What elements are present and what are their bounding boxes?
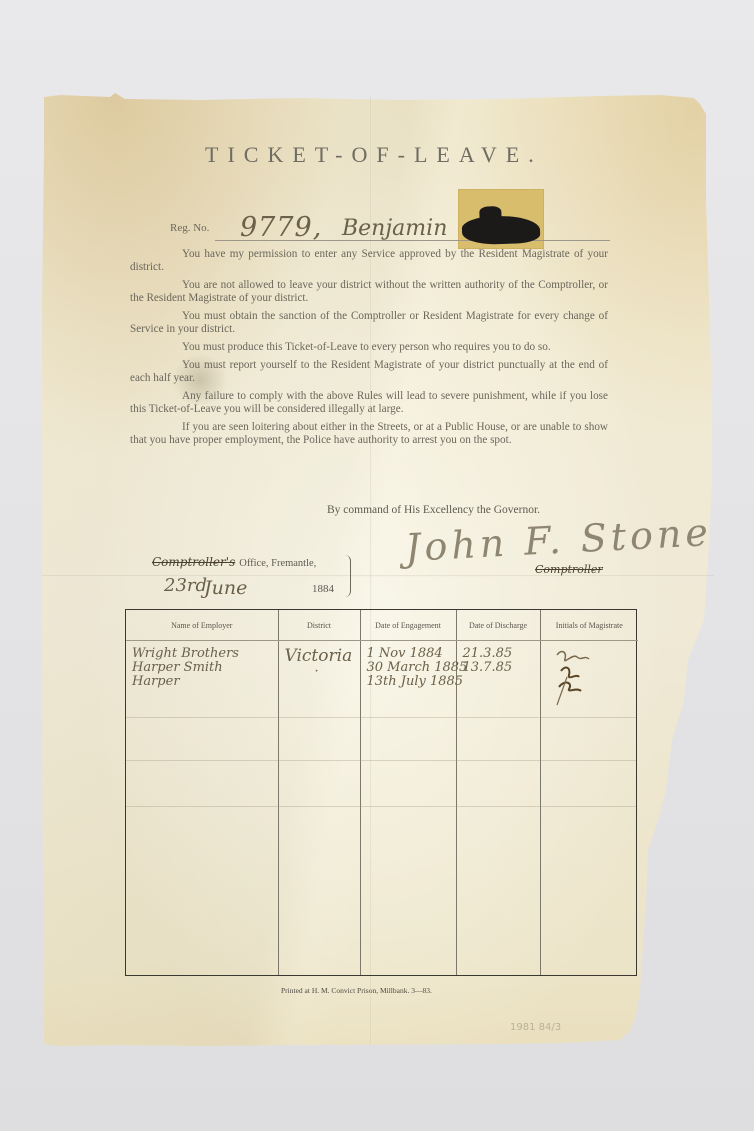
issue-date-day: 23rd [164, 575, 207, 596]
employment-table: Name of Employer District Date of Engage… [125, 609, 637, 976]
rules-list: You have my permission to enter any Serv… [130, 248, 608, 452]
engagement-date-cell: 1 Nov 1884 30 March 1885 13th July 1885 [360, 641, 456, 976]
table-row: Wright Brothers Harper Smith Harper Vict… [126, 641, 638, 976]
date-brace [344, 555, 351, 597]
issue-date-month: June [204, 577, 247, 599]
rule-item: You are not allowed to leave your distri… [130, 279, 608, 305]
rule-item: Any failure to comply with the above Rul… [130, 390, 608, 416]
office-date-block: Comptroller's Office, Fremantle, 23rd Ju… [152, 553, 352, 603]
rule-item: You must report yourself to the Resident… [130, 359, 608, 385]
registration-label: Reg. No. [170, 222, 209, 234]
struck-office-word: Comptroller's [152, 555, 235, 569]
governor-command-line: By command of His Excellency the Governo… [327, 504, 540, 516]
convict-first-name: Benjamin [342, 216, 447, 241]
header-district: District [278, 610, 360, 641]
discharge-date-cell: 21.3.85 13.7.85 [456, 641, 540, 976]
registration-row: Reg. No. 9779, Benjamin [170, 210, 610, 250]
header-engagement-date: Date of Engagement [360, 610, 456, 641]
faint-table-rule [126, 717, 636, 718]
magistrate-initials-cell [540, 641, 638, 976]
struck-signature-title: Comptroller [535, 563, 603, 576]
header-magistrate-initials: Initials of Magistrate [540, 610, 638, 641]
table-header-row: Name of Employer District Date of Engage… [126, 610, 638, 641]
redacted-surname-ink [462, 215, 541, 246]
rule-item: You must obtain the sanction of the Comp… [130, 310, 608, 336]
issue-date-year: 1884 [312, 583, 334, 595]
district-cell: Victoria · [278, 641, 360, 976]
faint-table-rule [126, 806, 636, 807]
magistrate-initials-scribble-icon [547, 647, 597, 707]
rule-item: You have my permission to enter any Serv… [130, 248, 608, 274]
document-title: TICKET-OF-LEAVE. [205, 142, 565, 168]
office-location: Office, Fremantle, [239, 558, 316, 569]
registration-number: 9779, [240, 212, 322, 243]
printer-imprint: Printed at H. M. Convict Prison, Millban… [281, 986, 432, 995]
header-discharge-date: Date of Discharge [456, 610, 540, 641]
paper-fold-horizontal [42, 575, 714, 577]
faint-table-rule [126, 760, 636, 761]
rule-item: You must produce this Ticket-of-Leave to… [130, 341, 608, 354]
pencil-archive-note: 1981 84/3 [510, 1022, 561, 1033]
employer-cell: Wright Brothers Harper Smith Harper [126, 641, 278, 976]
header-employer: Name of Employer [126, 610, 278, 641]
rule-item: If you are seen loitering about either i… [130, 421, 608, 447]
